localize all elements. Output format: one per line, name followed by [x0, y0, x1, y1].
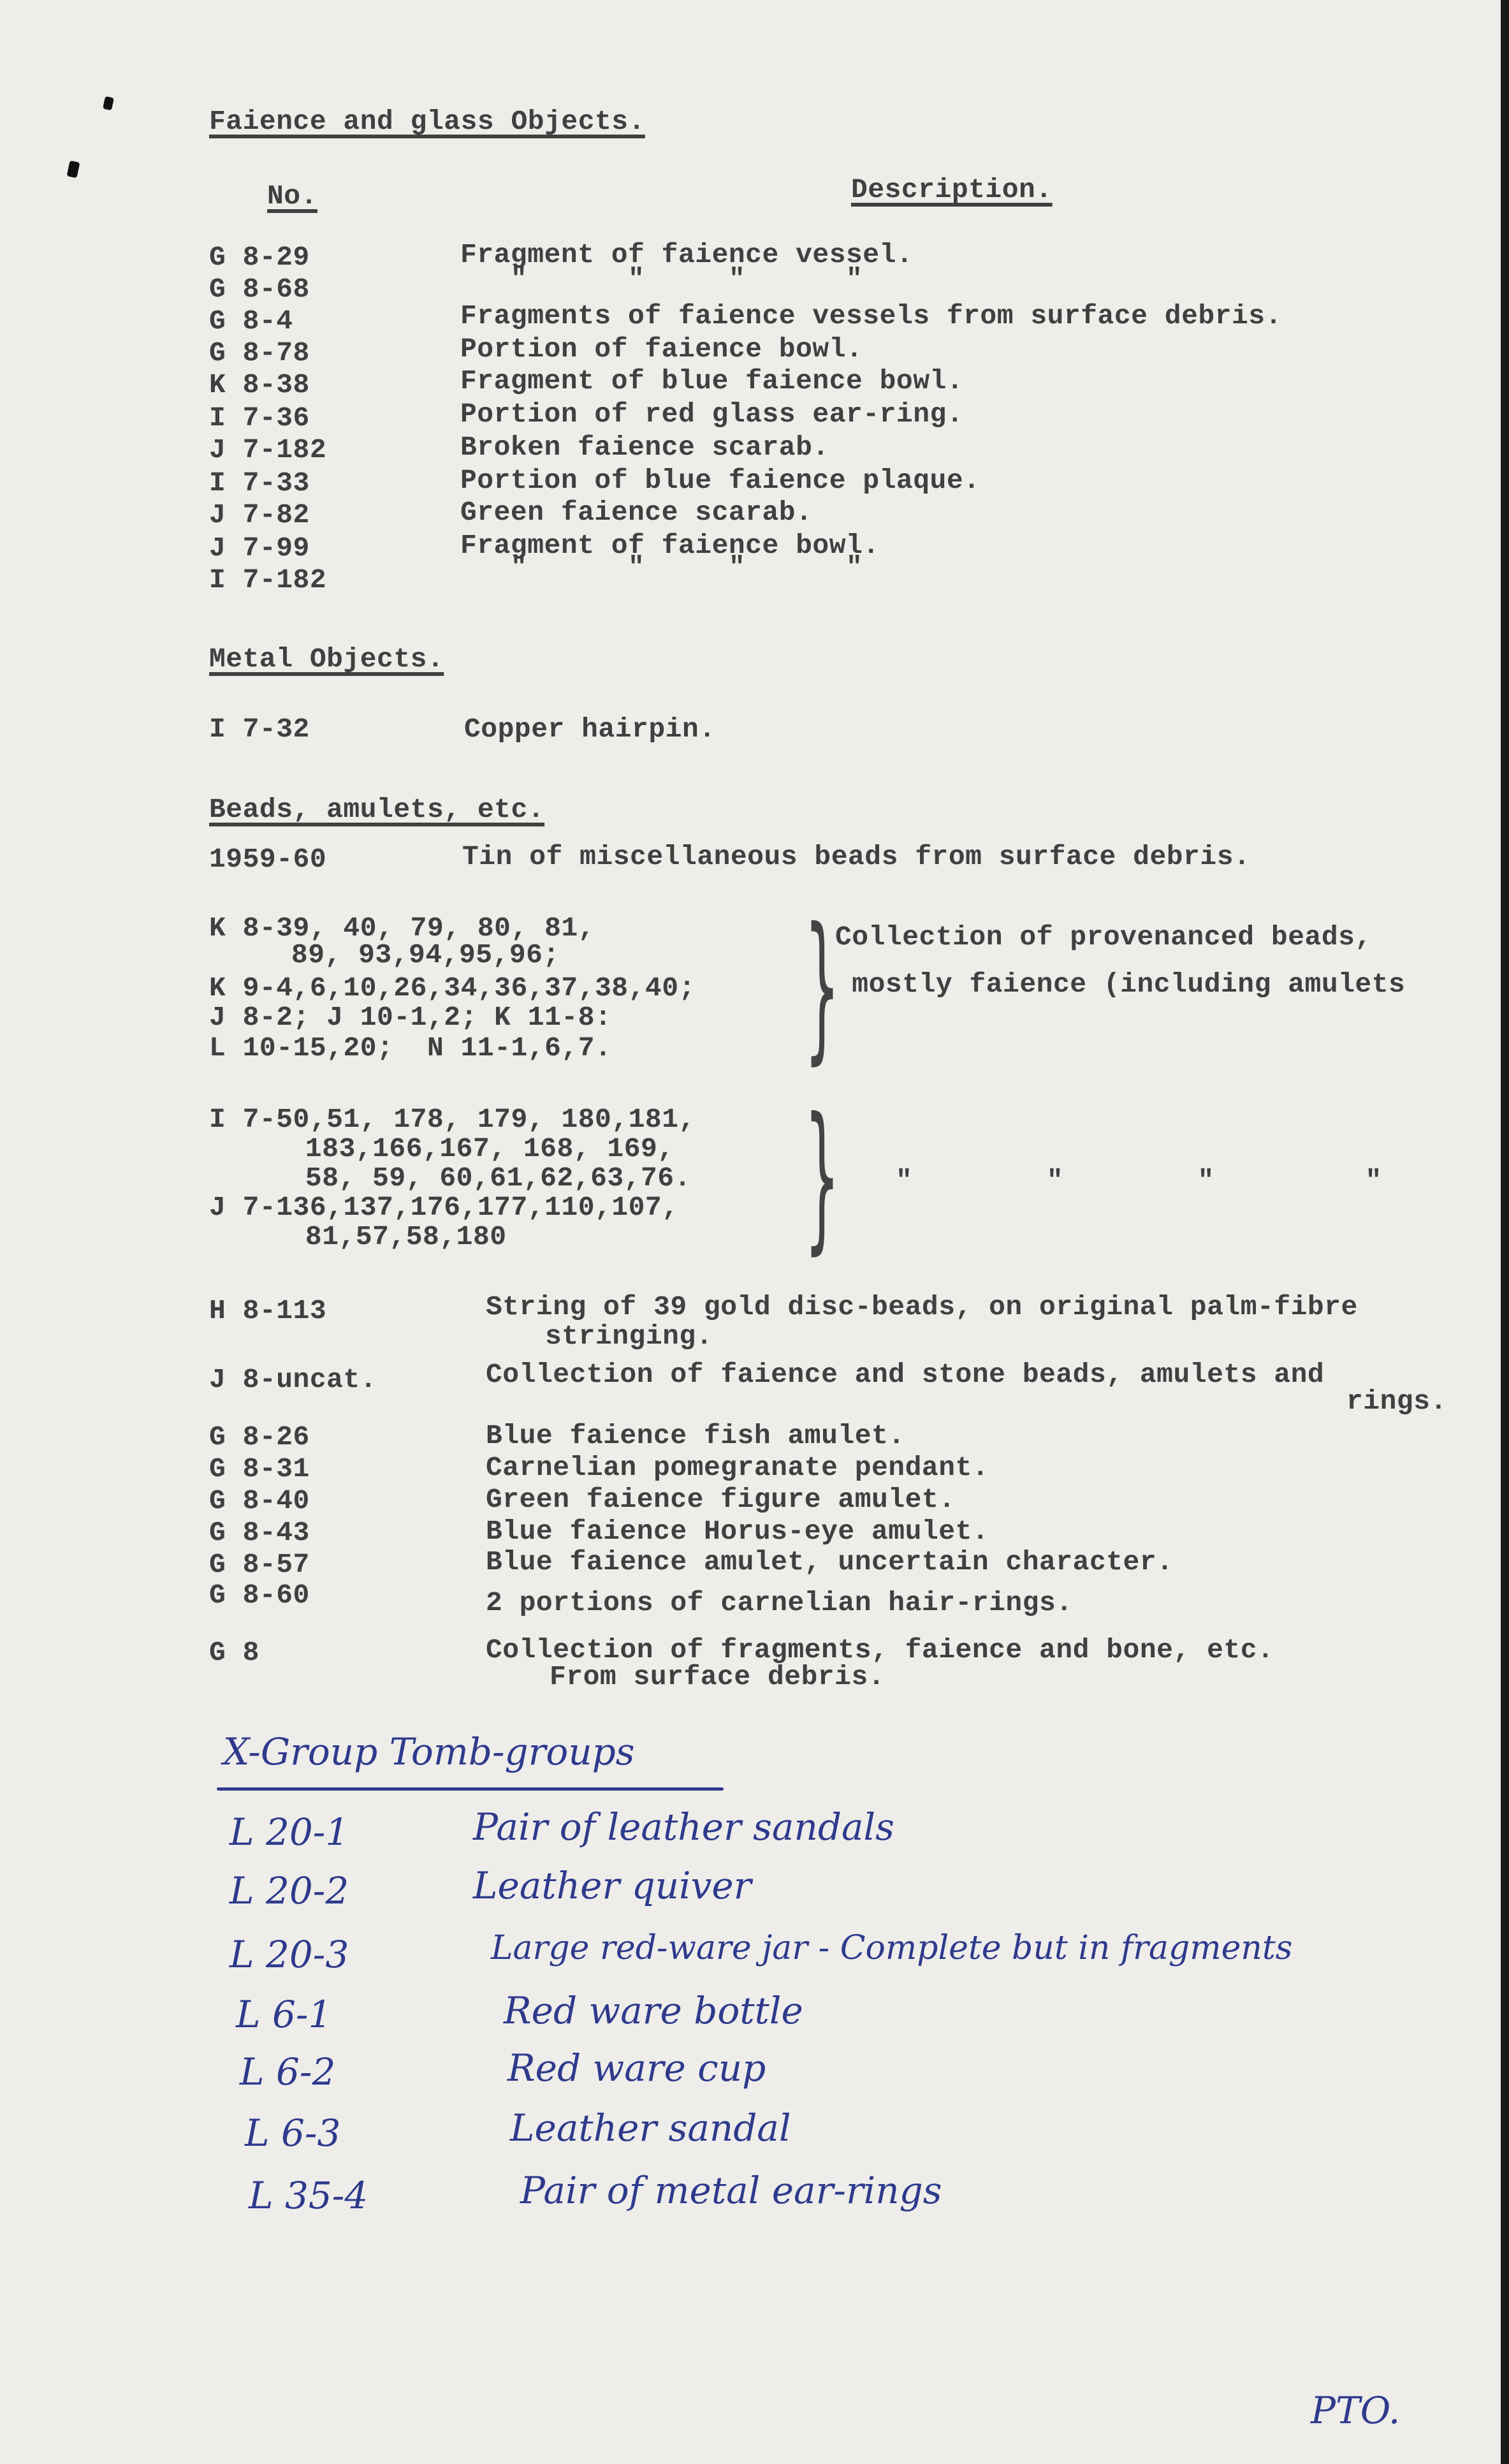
item-number: G 8-68: [209, 273, 310, 305]
item-description: Large red-ware jar - Complete but in fra…: [491, 1926, 1292, 1970]
item-number: I 7-182: [209, 564, 326, 596]
group-line: 58, 59, 60,61,62,63,76.: [255, 1162, 691, 1194]
group-line: J 8-2; J 10-1,2; K 11-8:: [209, 1001, 611, 1034]
item-description: Portion of blue faience plaque.: [460, 464, 980, 497]
item-description: Red ware cup: [507, 2046, 766, 2090]
item-number: G 8-31: [209, 1453, 310, 1485]
item-number: G 8-57: [209, 1548, 310, 1581]
item-number: H 8-113: [209, 1294, 326, 1327]
item-number: G 8-4: [209, 305, 293, 337]
item-number: I 7-36: [209, 402, 310, 434]
item-number: L 6-1: [236, 1992, 332, 2037]
item-description: String of 39 gold disc-beads, on origina…: [486, 1291, 1358, 1323]
item-description: Collection of faience and stone beads, a…: [486, 1358, 1324, 1391]
item-number: I 7-33: [209, 467, 310, 499]
column-header-no: No.: [267, 180, 317, 212]
item-number: L 6-3: [245, 2111, 340, 2155]
section-heading-beads: Beads, amulets, etc.: [209, 793, 544, 826]
item-description: Portion of red glass ear-ring.: [460, 398, 963, 430]
item-description: Broken faience scarab.: [460, 431, 829, 464]
item-number: J 7-182: [209, 434, 326, 466]
pto-note: PTO.: [1311, 2388, 1400, 2433]
item-number: L 20-3: [230, 1932, 349, 1977]
item-number: 1959-60: [209, 843, 326, 876]
item-number: J 7-82: [209, 499, 310, 531]
item-number: K 8-38: [209, 369, 310, 401]
group-line: 89, 93,94,95,96;: [241, 939, 560, 971]
group-description: mostly faience (including amulets: [835, 968, 1405, 1001]
item-description: " " " ": [460, 263, 863, 295]
punch-mark: [103, 96, 114, 110]
item-description: Blue faience amulet, uncertain character…: [486, 1546, 1173, 1578]
group-line: L 10-15,20; N 11-1,6,7.: [209, 1032, 611, 1064]
item-description: Copper hairpin.: [464, 713, 716, 745]
handwritten-underline: [217, 1787, 724, 1791]
item-number: J 7-99: [209, 532, 310, 564]
item-description-cont: stringing.: [545, 1320, 713, 1353]
item-description: Green faience scarab.: [460, 496, 812, 529]
item-description: Leather quiver: [473, 1863, 751, 1908]
group-line: 81,57,58,180: [255, 1221, 507, 1253]
item-description: Red ware bottle: [504, 1988, 803, 2033]
item-description: Pair of leather sandals: [473, 1805, 894, 1849]
item-number: G 8-43: [209, 1516, 310, 1549]
item-number: I 7-32: [209, 713, 310, 745]
handwritten-heading: X-Group Tomb-groups: [223, 1729, 635, 1774]
item-description: Portion of faience bowl.: [460, 333, 863, 365]
group-description: Collection of provenanced beads,: [835, 921, 1372, 953]
punch-mark: [67, 161, 80, 179]
item-description: Leather sandal: [510, 2106, 791, 2150]
item-description: Blue faience fish amulet.: [486, 1419, 905, 1452]
item-description-cont: rings.: [1346, 1385, 1447, 1418]
item-description-cont: From surface debris.: [550, 1661, 885, 1693]
group-line: K 9-4,6,10,26,34,36,37,38,40;: [209, 972, 696, 1004]
item-description: Pair of metal ear-rings: [520, 2168, 942, 2213]
column-header-description: Description.: [851, 173, 1053, 206]
item-description: Carnelian pomegranate pendant.: [486, 1451, 989, 1484]
item-number: J 8-uncat.: [209, 1363, 377, 1396]
group-line: J 7-136,137,176,177,110,107,: [209, 1191, 679, 1224]
item-description: Tin of miscellaneous beads from surface …: [462, 840, 1250, 873]
item-description: Fragment of blue faience bowl.: [460, 365, 963, 397]
item-number: L 35-4: [249, 2173, 368, 2218]
document-page: Faience and glass Objects. No. Descripti…: [0, 0, 1501, 2464]
item-description: Green faience figure amulet.: [486, 1483, 956, 1516]
section-heading-faience: Faience and glass Objects.: [209, 105, 645, 138]
item-description: 2 portions of carnelian hair-rings.: [486, 1587, 1073, 1619]
item-number: L 6-2: [240, 2050, 335, 2094]
item-number: G 8: [209, 1636, 259, 1669]
item-description: " " " ": [460, 551, 863, 583]
group-line: 183,166,167, 168, 169,: [255, 1133, 674, 1165]
item-number: L 20-1: [230, 1810, 349, 1854]
item-number: G 8-29: [209, 241, 310, 274]
item-number: G 8-60: [209, 1579, 310, 1611]
section-heading-metal: Metal Objects.: [209, 643, 444, 675]
ditto-marks: " " " ": [896, 1164, 1382, 1197]
scan-edge: [1501, 0, 1509, 2464]
curly-brace-icon: }: [805, 1097, 840, 1256]
item-number: G 8-78: [209, 337, 310, 369]
item-number: G 8-40: [209, 1485, 310, 1517]
item-number: L 20-2: [230, 1868, 349, 1913]
item-description: Blue faience Horus-eye amulet.: [486, 1515, 989, 1548]
item-description: Fragments of faience vessels from surfac…: [460, 300, 1282, 332]
item-number: G 8-26: [209, 1421, 310, 1453]
group-line: I 7-50,51, 178, 179, 180,181,: [209, 1103, 696, 1136]
